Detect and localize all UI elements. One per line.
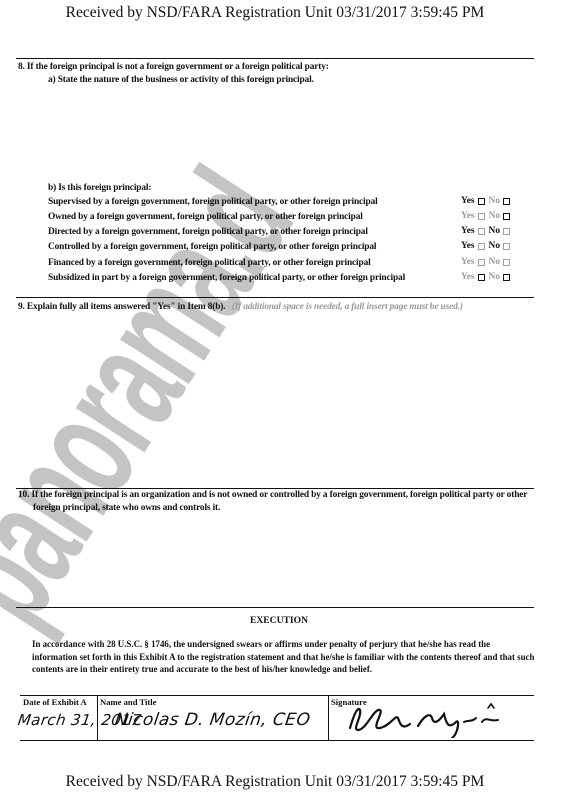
item8b-question: b) Is this foreign principal: (48, 183, 151, 193)
no-label: No (489, 257, 500, 267)
item8b-row-label: Directed by a foreign government, foreig… (48, 227, 368, 237)
yes-checkbox[interactable] (478, 259, 485, 266)
item8b-row-label: Supervised by a foreign government, fore… (48, 197, 378, 207)
yes-label: Yes (461, 241, 475, 251)
yes-label: Yes (461, 272, 475, 282)
yes-label: Yes (461, 196, 475, 206)
yes-label: Yes (461, 211, 475, 221)
no-checkbox[interactable] (503, 243, 510, 250)
no-label: No (489, 241, 500, 251)
item8b-row-label: Financed by a foreign government, foreig… (48, 258, 371, 268)
no-label: No (489, 272, 500, 282)
item9-answer-area[interactable] (18, 318, 533, 483)
item10-question-line2: foreign principal, state who owns and co… (33, 503, 220, 513)
item8a-question: a) State the nature of the business or a… (48, 75, 314, 85)
yes-checkbox[interactable] (478, 228, 485, 235)
yes-checkbox[interactable] (478, 213, 485, 220)
yes-label: Yes (461, 257, 475, 267)
signature-field[interactable] (340, 700, 520, 738)
divider (16, 58, 534, 59)
signature-block: Date of Exhibit A Name and Title Signatu… (20, 695, 534, 741)
yes-checkbox[interactable] (478, 243, 485, 250)
item9-question: 9. Explain fully all items answered "Yes… (18, 302, 463, 312)
no-label: No (489, 196, 500, 206)
divider (16, 607, 534, 608)
no-checkbox[interactable] (503, 259, 510, 266)
item8-question: 8. If the foreign principal is not a for… (18, 62, 329, 72)
name-title-label: Name and Title (100, 697, 157, 707)
received-stamp-top: Received by NSD/FARA Registration Unit 0… (0, 4, 560, 22)
item8b-row-options: YesNo (461, 257, 514, 267)
no-checkbox[interactable] (503, 198, 510, 205)
item8b-row-label: Subsidized in part by a foreign governme… (48, 273, 405, 283)
no-checkbox[interactable] (503, 213, 510, 220)
item8b-row-label: Controlled by a foreign government, fore… (48, 242, 376, 252)
item8b-row-options: YesNo (461, 211, 514, 221)
signature-scribble-icon (340, 700, 520, 738)
execution-heading: EXECUTION (0, 615, 564, 626)
divider (16, 297, 534, 298)
no-checkbox[interactable] (503, 274, 510, 281)
item8b-row-options: YesNo (461, 196, 514, 206)
item8b-row-label: Owned by a foreign government, foreign p… (48, 212, 363, 222)
date-label: Date of Exhibit A (23, 697, 87, 707)
item10-question-line1: 10. If the foreign principal is an organ… (18, 490, 527, 500)
yes-label: Yes (461, 226, 475, 236)
divider (16, 488, 534, 489)
yes-checkbox[interactable] (478, 198, 485, 205)
item8b-row-options: YesNo (461, 241, 514, 251)
item8b-row-options: YesNo (461, 272, 514, 282)
no-label: No (489, 211, 500, 221)
item10-answer-area[interactable] (18, 518, 533, 603)
yes-checkbox[interactable] (478, 274, 485, 281)
item9-note: (If additional space is needed, a full i… (232, 302, 463, 312)
no-label: No (489, 226, 500, 236)
no-checkbox[interactable] (503, 228, 510, 235)
execution-statement: In accordance with 28 U.S.C. § 1746, the… (32, 638, 537, 676)
divider (328, 696, 329, 740)
item8a-answer-area[interactable] (48, 90, 528, 175)
item8b-row-options: YesNo (461, 226, 514, 236)
name-title-value[interactable]: Nicolas D. Mozín, CEO (114, 710, 312, 730)
received-stamp-bottom: Received by NSD/FARA Registration Unit 0… (0, 773, 560, 791)
item9-question-text: 9. Explain fully all items answered "Yes… (18, 302, 225, 312)
